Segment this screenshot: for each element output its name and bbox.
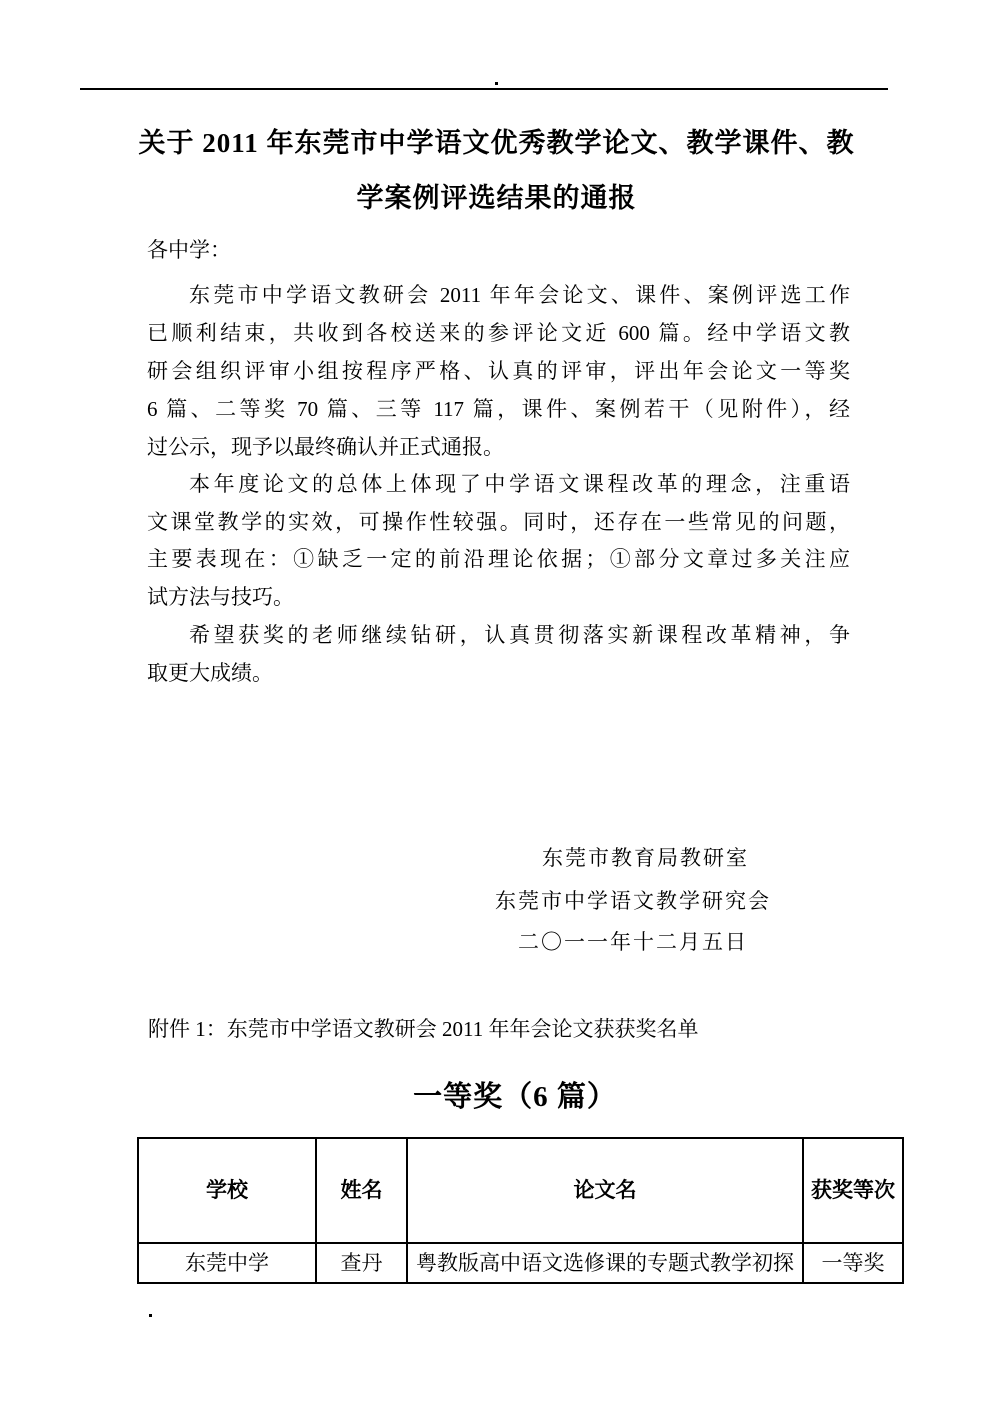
cell-school: 东莞中学 (138, 1243, 316, 1283)
body-line: 东莞市中学语文教研会 2011 年年会论文、课件、案例评选工作 (147, 282, 850, 309)
results-table: 学校 姓名 论文名 获奖等次 东莞中学 查丹 粤教版高中语文选修课的专题式教学初… (137, 1137, 904, 1284)
body-line: 试方法与技巧。 (147, 584, 850, 611)
body-line: 取更大成绩。 (147, 660, 850, 687)
cell-name: 查丹 (316, 1243, 407, 1283)
body-line: 过公示，现予以最终确认并正式通报。 (147, 434, 850, 461)
cell-award-level: 一等奖 (803, 1243, 903, 1283)
signature-date: 二〇一一年十二月五日 (518, 929, 748, 956)
body-line: 研会组织评审小组按程序严格、认真的评审，评出年会论文一等奖 (147, 358, 850, 385)
col-header-paper-title: 论文名 (407, 1138, 803, 1243)
salutation: 各中学： (147, 237, 850, 264)
stray-dot-bottom (149, 1314, 152, 1317)
body-line: 已顺利结束，共收到各校送来的参评论文近 600 篇。经中学语文教 (147, 320, 850, 347)
body-line: 6 篇、二等奖 70 篇、三等 117 篇，课件、案例若干（见附件），经 (147, 396, 850, 423)
body-line: 希望获奖的老师继续钻研，认真贯彻落实新课程改革精神，争 (147, 622, 850, 649)
cell-paper-title: 粤教版高中语文选修课的专题式教学初探 (407, 1243, 803, 1283)
stray-dot-top (495, 82, 498, 85)
table-header-row: 学校 姓名 论文名 获奖等次 (138, 1138, 903, 1243)
document-title-line-1: 关于 2011 年东莞市中学语文优秀教学论文、教学课件、教 (0, 126, 993, 160)
signature-org-2: 东莞市中学语文教学研究会 (495, 888, 771, 915)
signature-org-1: 东莞市教育局教研室 (542, 845, 749, 872)
col-header-name: 姓名 (316, 1138, 407, 1243)
attachment-line: 附件 1：东莞市中学语文教研会 2011 年年会论文获获奖名单 (148, 1016, 908, 1043)
body-line: 本年度论文的总体上体现了中学语文课程改革的理念，注重语 (147, 471, 850, 498)
document-title-line-2: 学案例评选结果的通报 (0, 181, 993, 215)
header-rule (80, 88, 888, 90)
table-row: 东莞中学 查丹 粤教版高中语文选修课的专题式教学初探 一等奖 (138, 1243, 903, 1283)
col-header-award-level: 获奖等次 (803, 1138, 903, 1243)
award-heading: 一等奖（6 篇） (115, 1074, 915, 1115)
body-line: 主要表现在：①缺乏一定的前沿理论依据；①部分文章过多关注应 (147, 546, 850, 573)
body-line: 文课堂教学的实效，可操作性较强。同时，还存在一些常见的问题， (147, 509, 850, 536)
document-page: 关于 2011 年东莞市中学语文优秀教学论文、教学课件、教 学案例评选结果的通报… (0, 0, 993, 1404)
col-header-school: 学校 (138, 1138, 316, 1243)
